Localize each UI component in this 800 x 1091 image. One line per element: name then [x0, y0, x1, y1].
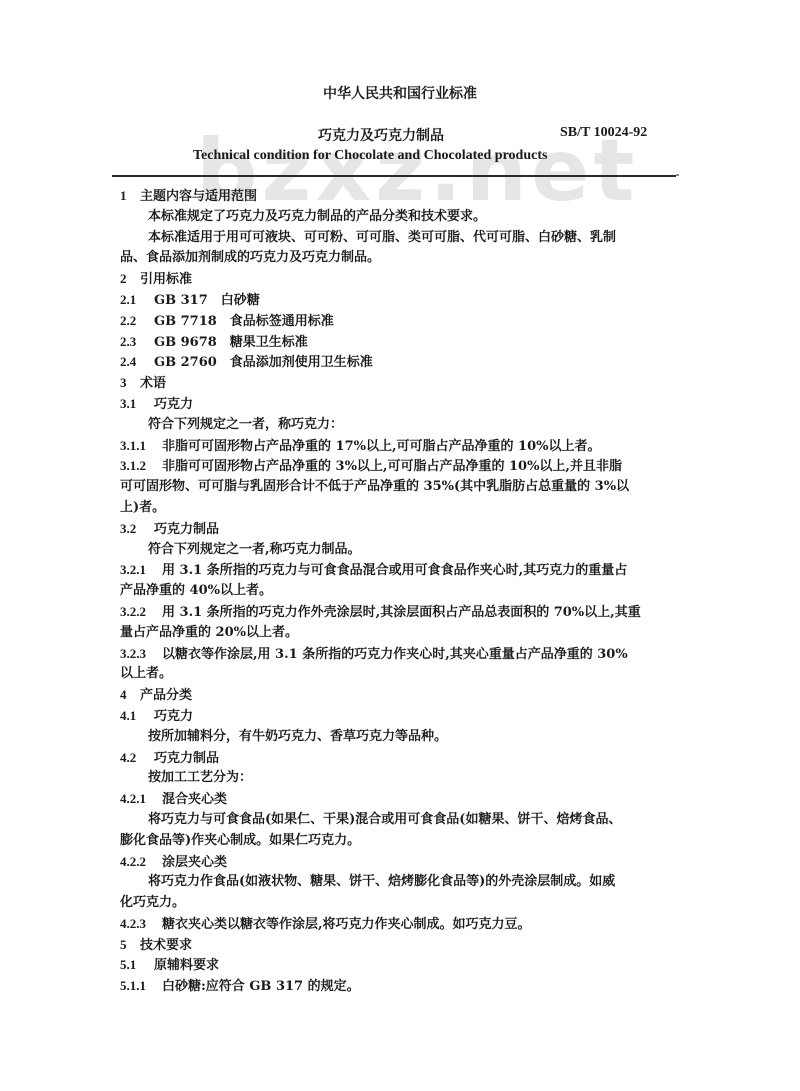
section-number: 5.1	[120, 955, 154, 976]
document-title-cn: 巧克力及巧克力制品	[318, 125, 444, 145]
paragraph-line: 量占产品净重的 20%以上者。	[120, 623, 680, 644]
line-text: GB 317 白砂糖	[154, 293, 260, 308]
line-text: 混合夹心类	[162, 792, 227, 807]
section-number: 4	[120, 685, 140, 706]
section-line: 2.2GB 7718 食品标签通用标准	[120, 311, 680, 332]
section-line: 3.2巧克力制品	[120, 519, 680, 540]
line-text: 非脂可可固形物占产品净重的 17%以上,可可脂占产品净重的 10%以上者。	[162, 439, 600, 454]
line-text: 按所加辅料分，有牛奶巧克力、香草巧克力等品种。	[148, 729, 447, 744]
standard-code: SB/T 10024-92	[560, 125, 647, 141]
header-divider-tail	[676, 174, 679, 176]
standard-category-heading: 中华人民共和国行业标准	[0, 83, 800, 103]
section-line: 4.2巧克力制品	[120, 748, 680, 769]
section-number: 3.1.1	[120, 436, 162, 457]
section-line: 4.2.3糖衣夹心类以糖衣等作涂层,将巧克力作夹心制成。如巧克力豆。	[120, 914, 680, 935]
line-text: 巧克力	[154, 709, 193, 724]
line-text: 主题内容与适用范围	[140, 189, 257, 204]
paragraph-line: 产品净重的 40%以上者。	[120, 581, 680, 602]
paragraph-line: 本标准适用于用可可液块、可可粉、可可脂、类可可脂、代可可脂、白砂糖、乳制	[120, 228, 680, 249]
section-line: 3.2.1用 3.1 条所指的巧克力与可食食品混合或用可食食品作夹心时,其巧克力…	[120, 560, 680, 581]
section-number: 2.2	[120, 311, 154, 332]
line-text: GB 2760 食品添加剂使用卫生标准	[154, 355, 373, 370]
section-line: 1主题内容与适用范围	[120, 186, 680, 207]
section-number: 2.4	[120, 352, 154, 373]
paragraph-line: 本标准规定了巧克力及巧克力制品的产品分类和技术要求。	[120, 207, 680, 228]
paragraph-line: 符合下列规定之一者，称巧克力：	[120, 415, 680, 436]
line-text: 符合下列规定之一者，称巧克力：	[148, 417, 343, 432]
line-text: 上)者。	[120, 500, 165, 515]
line-text: 符合下列规定之一者,称巧克力制品。	[148, 542, 361, 557]
line-text: 产品净重的 40%以上者。	[120, 583, 272, 598]
paragraph-line: 化巧克力。	[120, 893, 680, 914]
line-text: 非脂可可固形物占产品净重的 3%以上,可可脂占产品净重的 10%以上,并且非脂	[162, 459, 622, 474]
line-text: GB 9678 糖果卫生标准	[154, 335, 308, 350]
line-text: 品、食品添加剂制成的巧克力及巧克力制品。	[120, 250, 380, 265]
section-line: 2引用标准	[120, 269, 680, 290]
section-line: 2.4GB 2760 食品添加剂使用卫生标准	[120, 352, 680, 373]
line-text: GB 7718 食品标签通用标准	[154, 314, 334, 329]
paragraph-line: 按所加辅料分，有牛奶巧克力、香草巧克力等品种。	[120, 727, 680, 748]
line-text: 将巧克力与可食食品(如果仁、干果)混合或用可食食品(如糖果、饼干、焙烤食品、	[148, 812, 621, 827]
line-text: 可可固形物、可可脂与乳固形合计不低于产品净重的 35%(其中乳脂肪占总重量的 3…	[120, 479, 629, 494]
document-body: 1主题内容与适用范围本标准规定了巧克力及巧克力制品的产品分类和技术要求。本标准适…	[120, 186, 680, 997]
section-number: 3.1.2	[120, 456, 162, 477]
section-number: 3.2.1	[120, 560, 162, 581]
section-number: 4.2.2	[120, 852, 162, 873]
paragraph-line: 将巧克力与可食食品(如果仁、干果)混合或用可食食品(如糖果、饼干、焙烤食品、	[120, 810, 680, 831]
section-number: 2	[120, 269, 140, 290]
line-text: 膨化食品等)作夹心制成。如果仁巧克力。	[120, 833, 360, 848]
line-text: 用 3.1 条所指的巧克力作外壳涂层时,其涂层面积占产品总表面积的 70%以上,…	[162, 605, 641, 620]
section-line: 3术语	[120, 373, 680, 394]
paragraph-line: 以上者。	[120, 664, 680, 685]
section-number: 3	[120, 373, 140, 394]
line-text: 技术要求	[140, 938, 192, 953]
section-line: 5技术要求	[120, 935, 680, 956]
line-text: 按加工工艺分为：	[148, 770, 252, 785]
line-text: 量占产品净重的 20%以上者。	[120, 625, 298, 640]
section-line: 3.1.1非脂可可固形物占产品净重的 17%以上,可可脂占产品净重的 10%以上…	[120, 436, 680, 457]
section-line: 4.2.2涂层夹心类	[120, 852, 680, 873]
header-divider	[112, 175, 676, 177]
section-number: 4.2.3	[120, 914, 162, 935]
line-text: 用 3.1 条所指的巧克力与可食食品混合或用可食食品作夹心时,其巧克力的重量占	[162, 563, 627, 578]
paragraph-line: 膨化食品等)作夹心制成。如果仁巧克力。	[120, 831, 680, 852]
section-number: 1	[120, 186, 140, 207]
line-text: 白砂糖:应符合 GB 317 的规定。	[162, 979, 360, 994]
line-text: 涂层夹心类	[162, 855, 227, 870]
section-number: 2.1	[120, 290, 154, 311]
line-text: 巧克力制品	[154, 751, 219, 766]
section-number: 4.2.1	[120, 789, 162, 810]
section-line: 2.1GB 317 白砂糖	[120, 290, 680, 311]
line-text: 以糖衣等作涂层,用 3.1 条所指的巧克力作夹心时,其夹心重量占产品净重的 30…	[162, 647, 628, 662]
paragraph-line: 上)者。	[120, 498, 680, 519]
section-line: 5.1原辅料要求	[120, 955, 680, 976]
section-number: 3.2	[120, 519, 154, 540]
paragraph-line: 符合下列规定之一者,称巧克力制品。	[120, 540, 680, 561]
line-text: 原辅料要求	[154, 958, 219, 973]
line-text: 糖衣夹心类以糖衣等作涂层,将巧克力作夹心制成。如巧克力豆。	[162, 917, 531, 932]
section-number: 4.2	[120, 748, 154, 769]
paragraph-line: 品、食品添加剂制成的巧克力及巧克力制品。	[120, 248, 680, 269]
section-line: 4.1巧克力	[120, 706, 680, 727]
section-number: 3.2.3	[120, 644, 162, 665]
paragraph-line: 按加工工艺分为：	[120, 768, 680, 789]
line-text: 术语	[140, 376, 166, 391]
paragraph-line: 可可固形物、可可脂与乳固形合计不低于产品净重的 35%(其中乳脂肪占总重量的 3…	[120, 477, 680, 498]
line-text: 引用标准	[140, 272, 192, 287]
section-line: 5.1.1白砂糖:应符合 GB 317 的规定。	[120, 976, 680, 997]
section-line: 3.2.3以糖衣等作涂层,用 3.1 条所指的巧克力作夹心时,其夹心重量占产品净…	[120, 644, 680, 665]
section-line: 2.3GB 9678 糖果卫生标准	[120, 332, 680, 353]
section-number: 3.1	[120, 394, 154, 415]
line-text: 化巧克力。	[120, 895, 185, 910]
section-number: 4.1	[120, 706, 154, 727]
line-text: 本标准规定了巧克力及巧克力制品的产品分类和技术要求。	[148, 209, 486, 224]
section-number: 5	[120, 935, 140, 956]
section-line: 3.1巧克力	[120, 394, 680, 415]
section-number: 2.3	[120, 332, 154, 353]
paragraph-line: 将巧克力作食品(如液状物、糖果、饼干、焙烤膨化食品等)的外壳涂层制成。如威	[120, 872, 680, 893]
line-text: 以上者。	[120, 666, 172, 681]
line-text: 巧克力	[154, 397, 193, 412]
line-text: 将巧克力作食品(如液状物、糖果、饼干、焙烤膨化食品等)的外壳涂层制成。如威	[148, 874, 615, 889]
section-line: 4产品分类	[120, 685, 680, 706]
line-text: 产品分类	[140, 688, 192, 703]
section-line: 3.1.2非脂可可固形物占产品净重的 3%以上,可可脂占产品净重的 10%以上,…	[120, 456, 680, 477]
document-title-en: Technical condition for Chocolate and Ch…	[193, 148, 547, 164]
section-number: 5.1.1	[120, 976, 162, 997]
section-number: 3.2.2	[120, 602, 162, 623]
line-text: 本标准适用于用可可液块、可可粉、可可脂、类可可脂、代可可脂、白砂糖、乳制	[148, 230, 616, 245]
line-text: 巧克力制品	[154, 522, 219, 537]
section-line: 4.2.1混合夹心类	[120, 789, 680, 810]
section-line: 3.2.2用 3.1 条所指的巧克力作外壳涂层时,其涂层面积占产品总表面积的 7…	[120, 602, 680, 623]
